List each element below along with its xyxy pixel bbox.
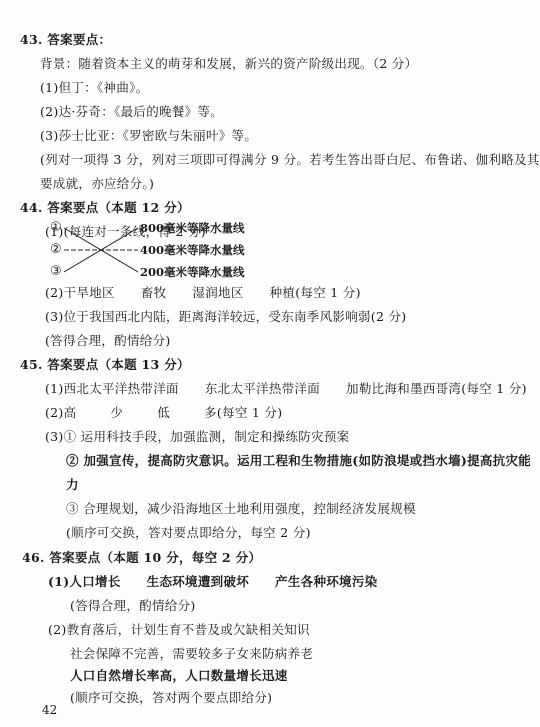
q46-note: (顺序可交换，答对两个要点即给分) (70, 690, 272, 706)
isohyet-800: 800毫米等降水量线 (140, 221, 245, 235)
q45-part2: (2)高少低多(每空 1 分) (45, 405, 282, 421)
q43-item-2: (2)达·芬奇：《最后的晚餐》等。 (40, 104, 223, 120)
q46-part1-a: (1)人口增长 (48, 574, 121, 589)
q46-part2-1: (2)教育落后，计划生育不普及或欠缺相关知识 (48, 622, 310, 638)
q45-note: (顺序可交换，答对要点即给分，每空 2 分) (66, 525, 311, 541)
q45-title: 45. 答案要点（本题 13 分） (20, 357, 190, 373)
q45-part2-b: 少 (110, 405, 123, 420)
q44-part2-a: 畜牧 (141, 285, 167, 300)
q44-part2: (2)干旱地区畜牧湿润地区种植(每空 1 分) (45, 285, 361, 301)
q45-part1-a: (1)西北太平洋热带洋面 (45, 381, 179, 396)
q46-part2-3: 人口自然增长率高，人口数量增长迅速 (70, 668, 288, 684)
matching-diagram: ① ② ③ 800毫米等降水量线 400毫米等降水量线 200毫米等降水量线 (50, 220, 300, 280)
marker-1: ① (50, 221, 62, 235)
q45-part1-b: 东北太平洋热带洋面 (205, 381, 320, 396)
q44-part2-c: 种植(每空 1 分) (270, 285, 361, 300)
q45-part3-3: ③ 合理规划，减少沿海地区土地利用强度，控制经济发展规模 (66, 501, 416, 517)
q43-item-1: (1)但丁：《神曲》。 (40, 80, 149, 96)
q46-part1-c: 产生各种环境污染 (275, 574, 377, 589)
q45-part3-2b: 力 (66, 477, 79, 493)
q45-part1: (1)西北太平洋热带洋面东北太平洋热带洋面加勒比海和墨西哥湾(每空 1 分) (45, 381, 527, 397)
page-number: 42 (42, 703, 57, 717)
q44-title: 44. 答案要点（本题 12 分） (20, 200, 190, 216)
isohyet-200: 200毫米等降水量线 (140, 265, 245, 279)
isohyet-400: 400毫米等降水量线 (140, 243, 245, 257)
marker-3: ③ (50, 265, 62, 279)
q44-part2-b: 湿润地区 (192, 285, 243, 300)
q46-title: 46. 答案要点（本题 10 分，每空 2 分） (22, 550, 261, 566)
q45-part2-a: (2)高 (45, 405, 76, 420)
q45-part3-1: (3)① 运用科技手段，加强监测，制定和操练防灾预案 (45, 429, 349, 445)
q43-background: 背景：随着资本主义的萌芽和发展，新兴的资产阶级出现。（2 分） (40, 56, 417, 72)
q44-part3: (3)位于我国西北内陆，距离海洋较远，受东南季风影响弱(2 分) (45, 309, 407, 325)
q43-title: 43. 答案要点： (20, 32, 111, 48)
q46-part1: (1)人口增长生态环境遭到破坏产生各种环境污染 (48, 574, 377, 590)
q45-part2-d: 多(每空 1 分) (204, 405, 282, 420)
q45-part2-c: 低 (157, 405, 170, 420)
q45-part3-2: ② 加强宣传，提高防灾意识。运用工程和生物措施(如防浪堤或挡水墙)提高抗灾能 (66, 453, 531, 469)
q44-part2-label: (2)干旱地区 (45, 285, 115, 300)
q46-part2-2: 社会保障不完善，需要较多子女来防病养老 (70, 646, 313, 662)
q44-note: (答得合理，酌情给分) (45, 333, 171, 349)
q43-item-3: (3)莎士比亚：《罗密欧与朱丽叶》等。 (40, 128, 257, 144)
q46-part1-b: 生态环境遭到破坏 (147, 574, 249, 589)
q43-note-line2: 要成就，亦应给分。) (40, 176, 154, 192)
q46-part1-note: (答得合理，酌情给分) (70, 598, 196, 614)
q45-part1-c: 加勒比海和墨西哥湾(每空 1 分) (346, 381, 527, 396)
marker-2: ② (50, 243, 62, 257)
q43-note-line1: (列对一项得 3 分，列对三项即可得满分 9 分。若考生答出哥白尼、布鲁诺、伽利… (40, 152, 540, 168)
